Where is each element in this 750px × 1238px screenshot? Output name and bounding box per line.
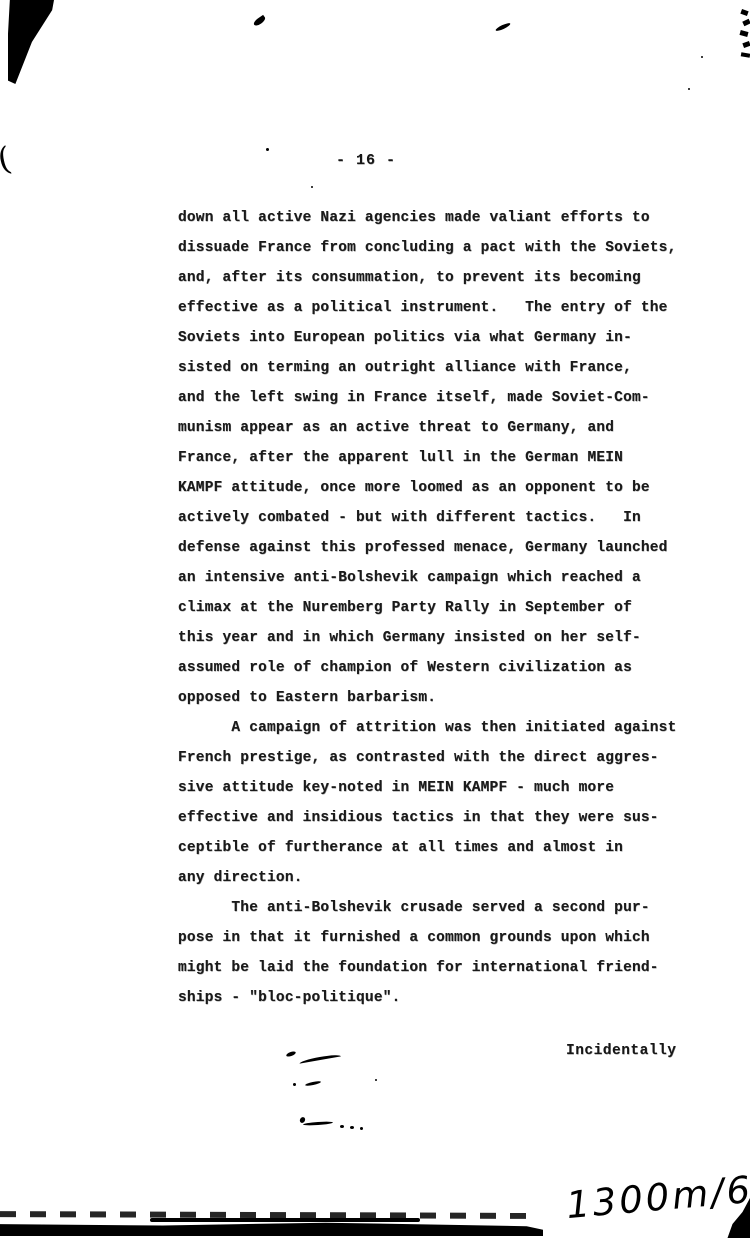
text-line: any direction. (178, 863, 718, 893)
text-line: and, after its consummation, to prevent … (178, 263, 718, 293)
text-line: KAMPF attitude, once more loomed as an o… (178, 473, 718, 503)
pen-dot (350, 1126, 354, 1129)
scan-bar-bottom (0, 1222, 543, 1236)
text-line: France, after the apparent lull in the G… (178, 443, 718, 473)
text-line: defense against this professed menace, G… (178, 533, 718, 563)
text-line: an intensive anti-Bolshevik campaign whi… (178, 563, 718, 593)
pen-dot (360, 1127, 363, 1130)
text-line: effective as a political instrument. The… (178, 293, 718, 323)
text-line: ceptible of furtherance at all times and… (178, 833, 718, 863)
text-line: this year and in which Germany insisted … (178, 623, 718, 653)
pen-squiggle (303, 1121, 333, 1126)
scan-edge-mark (742, 41, 750, 48)
page-number: - 16 - (336, 152, 396, 169)
scanned-document-page: ( - 16 - down all active Nazi agencies m… (0, 0, 750, 1238)
text-line: down all active Nazi agencies made valia… (178, 203, 718, 233)
text-line: French prestige, as contrasted with the … (178, 743, 718, 773)
text-line: effective and insidious tactics in that … (178, 803, 718, 833)
scan-mark-squiggle (252, 15, 266, 27)
pen-squiggle (305, 1080, 321, 1086)
pen-squiggle (299, 1053, 341, 1063)
scan-mark-dash (495, 22, 511, 32)
scan-noise-dot (311, 186, 313, 188)
text-line: dissuade France from concluding a pact w… (178, 233, 718, 263)
scan-edge-mark (741, 52, 750, 58)
scan-edge-mark (739, 30, 748, 37)
scan-noise-dot (701, 56, 703, 58)
scan-mark-paren: ( (0, 139, 14, 179)
text-line: climax at the Nuremberg Party Rally in S… (178, 593, 718, 623)
catchword: Incidentally (566, 1043, 676, 1059)
text-line: sisted on terming an outright alliance w… (178, 353, 718, 383)
text-line: sive attitude key-noted in MEIN KAMPF - … (178, 773, 718, 803)
text-line: A campaign of attrition was then initiat… (178, 713, 718, 743)
text-line: actively combated - but with different t… (178, 503, 718, 533)
text-line: assumed role of champion of Western civi… (178, 653, 718, 683)
text-line: opposed to Eastern barbarism. (178, 683, 718, 713)
text-line: The anti-Bolshevik crusade served a seco… (178, 893, 718, 923)
scan-edge-mark (740, 9, 748, 16)
pen-dot (340, 1125, 344, 1128)
text-line: Soviets into European politics via what … (178, 323, 718, 353)
scan-smudge (150, 1218, 420, 1222)
text-line: ships - "bloc-politique". (178, 983, 718, 1013)
document-body: down all active Nazi agencies made valia… (178, 203, 718, 1013)
scan-noise-dot (688, 88, 690, 90)
scan-noise-dot (266, 148, 269, 151)
scan-edge-mark (742, 19, 750, 26)
text-line: might be laid the foundation for interna… (178, 953, 718, 983)
text-line: pose in that it furnished a common groun… (178, 923, 718, 953)
scan-noise-dot (375, 1079, 377, 1081)
pen-squiggle (286, 1050, 297, 1057)
text-line: and the left swing in France itself, mad… (178, 383, 718, 413)
scan-blot-top-left (8, 0, 54, 84)
scan-noise-dot (293, 1083, 296, 1086)
handwritten-note: 1300m/6 (564, 1168, 750, 1227)
text-line: munism appear as an active threat to Ger… (178, 413, 718, 443)
